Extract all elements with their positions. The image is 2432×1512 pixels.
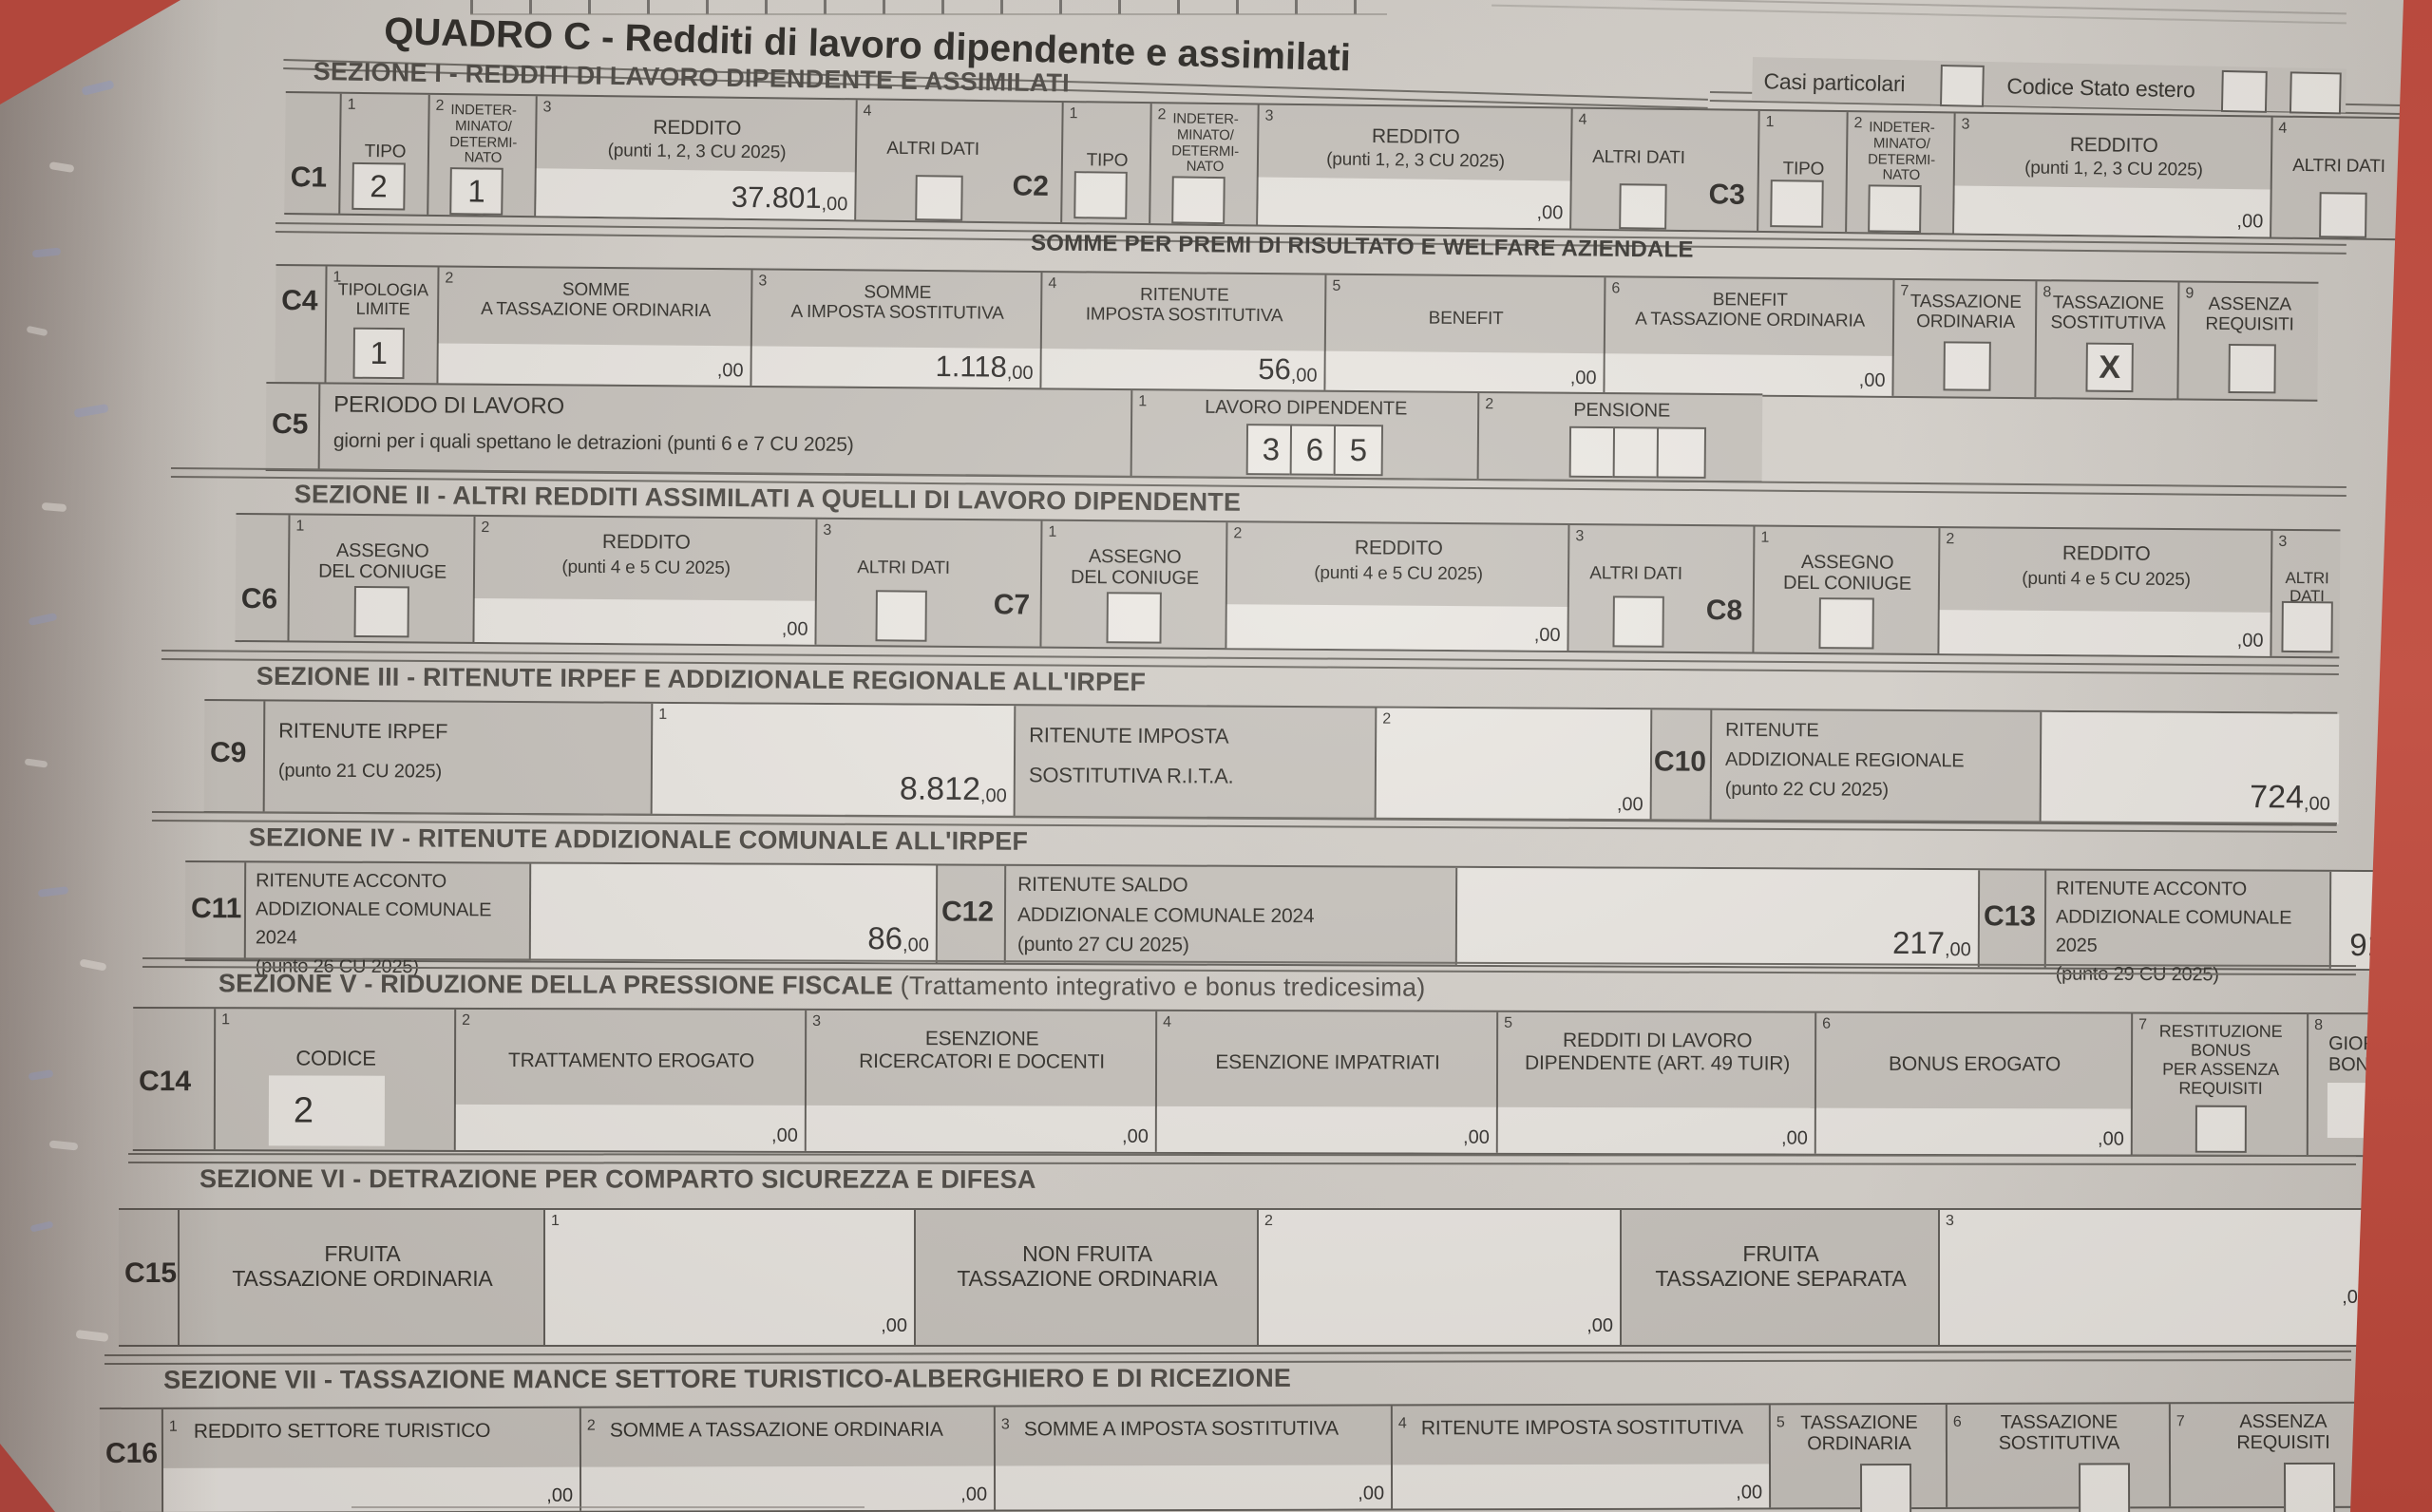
- altri-dati-label: ALTRI DATI: [1569, 563, 1702, 584]
- row-id-c10: C10: [1654, 746, 1706, 778]
- c3-tipo-cell: 1 TIPO: [1757, 111, 1849, 232]
- tassazione-ordinaria-checkbox: [1943, 341, 1990, 390]
- c6-reddito-cell: 2 REDDITO (punti 4 e 5 CU 2025) ,00: [472, 517, 817, 645]
- c2-indet-cell: 2 INDETER- MINATO/ DETERMI- NATO: [1149, 104, 1260, 224]
- giorni-digit: 6: [1292, 425, 1338, 473]
- c14-esenzione-ricercatori-cell: 3 ESENZIONE RICERCATORI E DOCENTI ,00: [805, 1011, 1157, 1152]
- c9-ritenute-irpef-label-cell: RITENUTE IRPEF (punto 21 CU 2025): [263, 701, 654, 814]
- tassazione-sostitutiva-label: TASSAZIONE SOSTITUTIVA: [1947, 1411, 2171, 1454]
- c4-somme-ordinaria-cell: 2 SOMME A TASSAZIONE ORDINARIA ,00: [436, 267, 752, 386]
- c4-tassazione-ordinaria-cell: 7 TASSAZIONE ORDINARIA: [1891, 280, 2037, 397]
- row-id-c4: C4: [281, 285, 318, 317]
- tipo-value-box: [1770, 180, 1824, 228]
- amount: ,00: [1586, 1303, 1613, 1337]
- reddito-label: REDDITO: [537, 115, 857, 142]
- value-area: ,00: [996, 1465, 1393, 1509]
- c3-reddito-cell: 3 REDDITO (punti 1, 2, 3 CU 2025) ,00: [1952, 113, 2273, 236]
- field-number: 1: [1048, 524, 1056, 541]
- field-number: 8: [2314, 1017, 2323, 1034]
- ritenute-irpef-amount: 8.812,00: [900, 770, 1007, 808]
- x-mark: X: [2087, 345, 2131, 390]
- value-area: ,00: [1816, 1108, 2133, 1155]
- c5-periodo-cell: PERIODO DI LAVORO giorni per i quali spe…: [318, 384, 1133, 476]
- amount: ,00: [717, 348, 744, 382]
- c11-label-cell: RITENUTE ACCONTO ADDIZIONALE COMUNALE 20…: [244, 862, 531, 960]
- sezione7-heading-block: SEZIONE VII - TASSAZIONE MANCE SETTORE T…: [104, 1351, 2351, 1354]
- row-id-c16: C16: [105, 1438, 158, 1470]
- amount: ,00: [1463, 1115, 1490, 1149]
- group-c1: C1 1 TIPO 2 2 INDETER- MINATO/ DETERMI- …: [284, 93, 1007, 221]
- tassazione-ordinaria-label: TASSAZIONE ORDINARIA: [1894, 292, 2037, 333]
- tipo-value: [1075, 173, 1126, 217]
- value-area: ,00: [474, 598, 816, 645]
- field-number: 1: [1069, 105, 1077, 123]
- field-number: 4: [2278, 121, 2287, 138]
- field-number: 4: [863, 103, 871, 120]
- field-number: 1: [551, 1213, 560, 1230]
- pensione-digit-box: [1613, 426, 1662, 478]
- c5-pensione-cell: 2 PENSIONE: [1477, 393, 1765, 481]
- c8-reddito-cell: 2 REDDITO (punti 4 e 5 CU 2025) ,00: [1937, 528, 2272, 656]
- reddito-amount: ,00: [1536, 190, 1563, 224]
- field-number: 3: [1961, 117, 1969, 134]
- rita-amount: ,00: [1617, 782, 1643, 816]
- field-number: 2: [1382, 711, 1391, 728]
- c4-benefit-cell: 5 BENEFIT ,00: [1323, 275, 1605, 394]
- c4-tipologia-cell: 1 TIPOLOGIA LIMITE 1: [324, 266, 439, 383]
- periodo-di-lavoro-label: PERIODO DI LAVORO: [333, 388, 564, 425]
- tipo-value: 2: [353, 164, 404, 209]
- tipo-label: TIPO: [341, 142, 429, 162]
- amount: ,00: [771, 1113, 798, 1147]
- row-id-c2: C2: [1012, 170, 1049, 202]
- field-number: 3: [1575, 528, 1584, 545]
- c9-rita-label-cell: RITENUTE IMPOSTA SOSTITUTIVA R.I.T.A.: [1014, 706, 1377, 818]
- reddito-sublabel: (punti 4 e 5 CU 2025): [1940, 568, 2272, 591]
- row-id-c14: C14: [139, 1066, 191, 1098]
- reddito-sublabel: (punti 4 e 5 CU 2025): [1227, 562, 1569, 585]
- row-id-c9: C9: [210, 737, 247, 769]
- pensione-digit-box: [1657, 426, 1706, 478]
- field-number: 1: [1760, 530, 1769, 547]
- c13-label-cell: RITENUTE ACCONTO ADDIZIONALE COMUNALE 20…: [2044, 871, 2331, 969]
- group-c7: C7 1 ASSEGNO DEL CONIUGE 2 REDDITO (punt…: [987, 520, 1700, 652]
- reddito-value-area: ,00: [1258, 178, 1572, 229]
- field-number: 1: [295, 518, 304, 535]
- benefit-tassazione-ordinaria-label: BENEFIT A TASSAZIONE ORDINARIA: [1605, 289, 1894, 331]
- reddito-sublabel: (punti 1, 2, 3 CU 2025): [1259, 149, 1572, 173]
- field-number: 4: [1398, 1415, 1407, 1432]
- c12-id-cell: C12: [936, 865, 1006, 962]
- value-area: ,00: [1325, 351, 1605, 394]
- trattamento-erogato-label: TRATTAMENTO EROGATO: [456, 1049, 807, 1072]
- altri-dati-checkbox: [2281, 601, 2332, 652]
- assegno-coniuge-checkbox: [1106, 592, 1161, 643]
- assenza-requisiti-label: ASSENZA REQUISITI: [2179, 293, 2320, 335]
- acconto-comunale-2024-amount: 86,00: [867, 920, 929, 956]
- rule: [128, 1153, 2356, 1165]
- c9-rita-value-cell: 2 ,00: [1375, 709, 1653, 821]
- rita-label-line2: SOSTITUTIVA R.I.T.A.: [1029, 759, 1234, 791]
- field-number: 4: [1163, 1014, 1171, 1031]
- casi-particolari-label: Casi particolari: [1763, 65, 1906, 100]
- reddito-label: REDDITO: [1955, 132, 2272, 159]
- esenzione-impatriati-label: ESENZIONE IMPATRIATI: [1157, 1051, 1498, 1074]
- codice-stato-estero-box: [2221, 70, 2268, 113]
- field-number: 4: [1578, 112, 1586, 129]
- row-c1-c2-c3: C1 1 TIPO 2 2 INDETER- MINATO/ DETERMI- …: [284, 91, 2403, 240]
- giorni-digit: 3: [1248, 425, 1294, 473]
- saldo-comunale-2024-label: RITENUTE SALDO ADDIZIONALE COMUNALE 2024…: [1017, 870, 1315, 961]
- addizionale-regionale-label: RITENUTE ADDIZIONALE REGIONALE (punto 22…: [1725, 716, 1965, 806]
- amount: 56,00: [1258, 352, 1318, 387]
- value-area: ,00: [1605, 353, 1893, 396]
- giorni-digit: 5: [1336, 426, 1381, 474]
- next-row-hint-line: [351, 1506, 864, 1508]
- c6-assegno-cell: 1 ASSEGNO DEL CONIUGE: [287, 515, 475, 642]
- c6-altri-dati-cell: 3 ALTRI DATI: [814, 520, 990, 646]
- amount: ,00: [1534, 613, 1561, 647]
- field-number: 3: [1264, 108, 1273, 125]
- row-c11-c12-c13: C11 RITENUTE ACCONTO ADDIZIONALE COMUNAL…: [185, 860, 2418, 971]
- codice-value-box: 2: [269, 1075, 385, 1145]
- row-c15: C15 FRUITA TASSAZIONE ORDINARIA 1 ,00 NO…: [119, 1208, 2375, 1347]
- field-number: 3: [1001, 1416, 1010, 1433]
- ritenute-irpef-label: RITENUTE IRPEF: [278, 714, 447, 747]
- c15-fruita-ordinaria-value-cell: 1 ,00: [543, 1210, 916, 1345]
- amount: ,00: [546, 1473, 573, 1507]
- row-c4: C4 1 TIPOLOGIA LIMITE 1 2 SOMME A TASSAZ…: [275, 264, 2318, 402]
- top-rule-left: [470, 13, 1387, 15]
- ritenute-irpef-sublabel: (punto 21 CU 2025): [278, 756, 442, 785]
- benefit-label: BENEFIT: [1326, 308, 1605, 331]
- assegno-coniuge-label: ASSEGNO DEL CONIUGE: [290, 539, 475, 583]
- sezione5-heading-caps: SEZIONE V - RIDUZIONE DELLA PRESSIONE FI…: [218, 969, 893, 999]
- value-area: ,00: [456, 1105, 807, 1151]
- row-c9-c10: C9 RITENUTE IRPEF (punto 21 CU 2025) 1 8…: [204, 699, 2338, 826]
- c16-somme-sostitutiva-cell: 3 SOMME A IMPOSTA SOSTITUTIVA ,00: [994, 1406, 1393, 1509]
- field-number: 2: [462, 1012, 470, 1030]
- altri-dati-checkbox: [915, 175, 963, 221]
- c16-reddito-turistico-cell: 1 REDDITO SETTORE TURISTICO ,00: [161, 1408, 581, 1512]
- indet-label: INDETER- MINATO/ DETERMI- NATO: [1151, 111, 1260, 177]
- c16-tassazione-sostitutiva-cell: 6 TASSAZIONE SOSTITUTIVA: [1946, 1404, 2171, 1507]
- ritenute-imposta-sostitutiva-label: RITENUTE IMPOSTA SOSTITUTIVA: [1421, 1412, 1743, 1443]
- amount: ,00: [2237, 618, 2264, 652]
- tipo-label: TIPO: [1759, 159, 1848, 180]
- altri-dati-label: ALTRI DATI: [1572, 147, 1705, 169]
- c5-lavoro-dipendente-cell: 1 LAVORO DIPENDENTE 3 6 5: [1130, 390, 1480, 479]
- row-c16: C16 1 REDDITO SETTORE TURISTICO ,00 2 SO…: [100, 1402, 2399, 1512]
- row-id-c1: C1: [290, 161, 327, 194]
- somme-tassazione-ordinaria-label: SOMME A TASSAZIONE ORDINARIA: [439, 279, 752, 322]
- rule: [104, 1351, 2351, 1365]
- somme-imposta-sostitutiva-label: SOMME A IMPOSTA SOSTITUTIVA: [752, 281, 1042, 324]
- c12-label-cell: RITENUTE SALDO ADDIZIONALE COMUNALE 2024…: [1004, 866, 1457, 965]
- indet-value: [1870, 186, 1920, 231]
- altri-dati-label: ALTRI DATI: [2272, 569, 2342, 606]
- c4-somme-sostitutiva-cell: 3 SOMME A IMPOSTA SOSTITUTIVA 1.118,00: [750, 270, 1042, 388]
- group-c2: C2 1 TIPO 2 INDETER- MINATO/ DETERMI- NA…: [1006, 102, 1703, 230]
- somme-tassazione-ordinaria-label: SOMME A TASSAZIONE ORDINARIA: [610, 1415, 943, 1446]
- c3-altri-dati-cell: 4 ALTRI DATI: [2270, 118, 2406, 239]
- tassazione-sostitutiva-checkbox: [2079, 1463, 2130, 1512]
- value-area: ,00: [163, 1467, 581, 1512]
- field-number: 6: [1822, 1016, 1831, 1033]
- premi-heading: SOMME PER PREMI DI RISULTATO E WELFARE A…: [1031, 230, 1694, 263]
- value-area: ,00: [1157, 1106, 1498, 1153]
- giorni-digit-box: 3: [1246, 424, 1296, 475]
- amount: ,00: [782, 607, 808, 641]
- row-id-c5: C5: [272, 408, 309, 441]
- reddito-label: REDDITO: [1227, 536, 1569, 560]
- c1-altri-dati-cell: 4 ALTRI DATI: [854, 100, 1010, 221]
- tassazione-sostitutiva-checkbox: X: [2085, 343, 2133, 392]
- row-id-c12: C12: [941, 896, 994, 928]
- c14-bonus-erogato-cell: 6 BONUS EROGATO ,00: [1814, 1013, 2133, 1155]
- field-number: 2: [587, 1418, 596, 1435]
- giorni-digit-box: 6: [1290, 424, 1339, 475]
- c14-codice-cell: 1 CODICE 2: [214, 1009, 456, 1150]
- c7-reddito-cell: 2 REDDITO (punti 4 e 5 CU 2025) ,00: [1225, 522, 1569, 651]
- fruita-tassazione-ordinaria-label: FRUITA TASSAZIONE ORDINARIA: [180, 1242, 545, 1292]
- giorni-detrazioni-label: giorni per i quali spettano le detrazion…: [333, 426, 854, 461]
- codice-label: CODICE: [216, 1047, 456, 1070]
- reddito-label: REDDITO: [1940, 541, 2272, 566]
- form-content: QUADRO C - Redditi di lavoro dipendente …: [0, 0, 2432, 1512]
- pensione-digit-box: [1569, 426, 1619, 478]
- top-tick-marks: [470, 0, 1387, 14]
- c4-assenza-requisiti-cell: 9 ASSENZA REQUISITI: [2176, 282, 2320, 399]
- amount: ,00: [881, 1303, 907, 1337]
- codice-stato-estero-label: Codice Stato estero: [2006, 69, 2195, 105]
- redditi-art49-label: REDDITI DI LAVORO DIPENDENTE (ART. 49 TU…: [1498, 1030, 1816, 1075]
- amount: ,00: [2098, 1116, 2124, 1150]
- restituzione-bonus-label: RESTITUZIONE BONUS PER ASSENZA REQUISITI: [2133, 1022, 2308, 1099]
- tassazione-ordinaria-label: TASSAZIONE ORDINARIA: [1771, 1412, 1947, 1455]
- field-number: 5: [1332, 278, 1340, 295]
- c8-altri-dati-cell: 3 ALTRI DATI: [2270, 531, 2342, 657]
- indet-value-box: [1868, 184, 1922, 233]
- c15-fruita-ordinaria-label-cell: FRUITA TASSAZIONE ORDINARIA: [178, 1210, 545, 1345]
- altri-dati-checkbox: [2319, 192, 2367, 238]
- field-number: 1: [169, 1419, 178, 1436]
- amount: ,00: [1781, 1116, 1808, 1150]
- amount: 1.118,00: [935, 350, 1033, 385]
- c4-benefit-ordinaria-cell: 6 BENEFIT A TASSAZIONE ORDINARIA ,00: [1603, 277, 1894, 396]
- lavoro-dipendente-label: LAVORO DIPENDENTE: [1132, 396, 1479, 420]
- c4-tassazione-sostitutiva-cell: 8 TASSAZIONE SOSTITUTIVA X: [2034, 281, 2179, 398]
- field-number: 3: [542, 99, 551, 116]
- esenzione-ricercatori-label: ESENZIONE RICERCATORI E DOCENTI: [807, 1028, 1157, 1073]
- reddito-value-area: 37.801,00: [536, 168, 857, 219]
- tipologia-value: 1: [355, 330, 403, 377]
- group-c8: C8 1 ASSEGNO DEL CONIUGE 2 REDDITO (punt…: [1700, 526, 2340, 656]
- c10-value-cell: 724,00: [2040, 712, 2340, 824]
- field-number: 1: [348, 97, 356, 114]
- photo-of-tax-form: QUADRO C - Redditi di lavoro dipendente …: [0, 0, 2432, 1512]
- c14-redditi-lavoro-cell: 5 REDDITI DI LAVORO DIPENDENTE (ART. 49 …: [1496, 1012, 1816, 1154]
- amount: ,00: [1570, 355, 1597, 389]
- row-id-c11: C11: [191, 893, 242, 925]
- amount: ,00: [960, 1472, 987, 1506]
- c9-ritenute-irpef-value-cell: 1 8.812,00: [651, 704, 1016, 816]
- c3-indet-cell: 2 INDETER- MINATO/ DETERMI- NATO: [1845, 112, 1956, 233]
- c1-tipo-cell: 1 TIPO 2: [338, 94, 430, 215]
- field-number: 2: [1264, 1213, 1273, 1230]
- amount: ,00: [1736, 1469, 1762, 1503]
- reddito-amount: 37.801,00: [731, 180, 848, 216]
- field-number: 3: [2278, 534, 2287, 551]
- row-id-c6: C6: [241, 583, 278, 615]
- row-id-c3: C3: [1708, 179, 1745, 211]
- c10-label-cell: RITENUTE ADDIZIONALE REGIONALE (punto 22…: [1710, 710, 2042, 822]
- tipologia-value-box: 1: [352, 328, 404, 379]
- altri-dati-checkbox: [1612, 595, 1663, 647]
- value-area: ,00: [1226, 604, 1568, 651]
- non-fruita-tassazione-ordinaria-label: NON FRUITA TASSAZIONE ORDINARIA: [916, 1242, 1259, 1292]
- c1-reddito-cell: 3 REDDITO (punti 1, 2, 3 CU 2025) 37.801…: [534, 96, 858, 219]
- sezione6-heading: SEZIONE VI - DETRAZIONE PER COMPARTO SIC…: [199, 1164, 1036, 1195]
- reddito-settore-turistico-label: REDDITO SETTORE TURISTICO: [194, 1416, 490, 1446]
- reddito-label: REDDITO: [1259, 124, 1572, 151]
- c2-reddito-cell: 3 REDDITO (punti 1, 2, 3 CU 2025) ,00: [1256, 105, 1573, 229]
- group-c3: C3 1 TIPO 2 INDETER- MINATO/ DETERMI- NA…: [1702, 110, 2403, 238]
- c16-somme-ordinaria-cell: 2 SOMME A TASSAZIONE ORDINARIA ,00: [579, 1408, 996, 1511]
- sezione5-heading-sub: (Trattamento integrativo e bonus tredice…: [901, 972, 1426, 1002]
- c14-trattamento-cell: 2 TRATTAMENTO EROGATO ,00: [454, 1010, 807, 1151]
- tipo-label: TIPO: [1063, 150, 1151, 171]
- amount: ,00: [1122, 1114, 1149, 1148]
- row-c14: C14 1 CODICE 2 2 TRATTAMENTO EROGATO ,00…: [133, 1007, 2413, 1157]
- reddito-amount: ,00: [2236, 198, 2263, 233]
- field-number: 3: [1946, 1213, 1954, 1230]
- c1-indet-cell: 2 INDETER- MINATO/ DETERMI- NATO 1: [427, 95, 538, 216]
- altri-dati-checkbox: [875, 590, 926, 641]
- c7-altri-dati-cell: 3 ALTRI DATI: [1567, 525, 1702, 652]
- sezione7-heading: SEZIONE VII - TASSAZIONE MANCE SETTORE T…: [163, 1364, 1291, 1395]
- bonus-erogato-label: BONUS EROGATO: [1816, 1053, 2133, 1076]
- assegno-coniuge-label: ASSEGNO DEL CONIUGE: [1755, 552, 1940, 595]
- top-rule-right2: [1491, 5, 2346, 25]
- group-c6: C6 1 ASSEGNO DEL CONIUGE 2 REDDITO (punt…: [235, 515, 988, 646]
- ritenute-imposta-sostitutiva-label: RITENUTE IMPOSTA SOSTITUTIVA: [1042, 284, 1326, 327]
- indet-value: 1: [451, 169, 502, 214]
- c16-ritenute-sostitutiva-cell: 4 RITENUTE IMPOSTA SOSTITUTIVA ,00: [1391, 1405, 1771, 1508]
- indet-label: INDETER- MINATO/ DETERMI- NATO: [1848, 120, 1956, 185]
- somme-imposta-sostitutiva-label: SOMME A IMPOSTA SOSTITUTIVA: [1024, 1414, 1339, 1445]
- row-id-c7: C7: [994, 589, 1031, 621]
- value-area: 56,00: [1041, 349, 1325, 391]
- assenza-requisiti-checkbox: [2284, 1463, 2335, 1512]
- row-c6-c7-c8: C6 1 ASSEGNO DEL CONIUGE 2 REDDITO (punt…: [235, 513, 2340, 658]
- row-c5: C5 PERIODO DI LAVORO giorni per i quali …: [266, 382, 1763, 482]
- tassazione-sostitutiva-label: TASSAZIONE SOSTITUTIVA: [2037, 293, 2179, 334]
- tipo-value-box: [1073, 171, 1128, 219]
- assenza-requisiti-checkbox: [2228, 344, 2275, 393]
- fruita-tassazione-separata-label: FRUITA TASSAZIONE SEPARATA: [1622, 1242, 1940, 1292]
- value-area: ,00: [807, 1106, 1157, 1152]
- field-number: 1: [658, 707, 667, 724]
- assegno-coniuge-checkbox: [1818, 597, 1873, 649]
- c11-value-cell: 86,00: [529, 864, 938, 963]
- saldo-comunale-2024-amount: 217,00: [1892, 925, 1971, 961]
- pensione-label: PENSIONE: [1479, 399, 1764, 423]
- value-area: ,00: [581, 1466, 996, 1511]
- codice-value: 2: [269, 1075, 385, 1145]
- tassazione-ordinaria-checkbox: [1860, 1464, 1911, 1512]
- c15-non-fruita-value-cell: 2 ,00: [1257, 1210, 1622, 1345]
- amount: ,00: [1859, 358, 1886, 392]
- c15-non-fruita-label-cell: NON FRUITA TASSAZIONE ORDINARIA: [914, 1210, 1259, 1345]
- c2-altri-dati-cell: 4 ALTRI DATI: [1569, 109, 1706, 231]
- c10-id-cell: C10: [1650, 709, 1713, 820]
- c2-tipo-cell: 1 TIPO: [1060, 103, 1152, 223]
- field-number: 1: [1765, 114, 1774, 131]
- c14-restituzione-bonus-cell: 7 RESTITUZIONE BONUS PER ASSENZA REQUISI…: [2131, 1014, 2308, 1155]
- c15-fruita-separata-value-cell: 3 ,00: [1938, 1210, 2377, 1345]
- reddito-label: REDDITO: [475, 530, 817, 555]
- value-area: ,00: [1939, 610, 2271, 656]
- restituzione-bonus-checkbox: [2195, 1106, 2247, 1153]
- reddito-sublabel: (punti 4 e 5 CU 2025): [475, 557, 817, 579]
- indet-value-box: 1: [449, 167, 503, 216]
- value-area: ,00: [438, 344, 751, 387]
- row-id-c15: C15: [124, 1257, 177, 1290]
- value-area: ,00: [1498, 1107, 1816, 1154]
- giorni-digit-box: 5: [1334, 425, 1383, 476]
- casi-particolari-box: [1940, 65, 1985, 107]
- rita-label-line1: RITENUTE IMPOSTA: [1029, 719, 1228, 751]
- c8-assegno-cell: 1 ASSEGNO DEL CONIUGE: [1752, 527, 1940, 654]
- tipo-value: [1772, 181, 1822, 226]
- indet-label: INDETER- MINATO/ DETERMI- NATO: [429, 103, 538, 168]
- sezione4-heading: SEZIONE IV - RITENUTE ADDIZIONALE COMUNA…: [249, 823, 1028, 857]
- assegno-coniuge-checkbox: [354, 586, 409, 637]
- indet-value: [1173, 178, 1224, 222]
- altri-dati-label: ALTRI DATI: [2272, 156, 2405, 178]
- spare-box: [2289, 71, 2342, 114]
- addizionale-regionale-amount: 724,00: [2250, 779, 2330, 817]
- reddito-sublabel: (punti 1, 2, 3 CU 2025): [1955, 157, 2272, 180]
- c12-value-cell: 217,00: [1455, 868, 1980, 967]
- altri-dati-label: ALTRI DATI: [817, 558, 990, 579]
- row-id-c13: C13: [1984, 900, 2036, 933]
- sezione3-heading: SEZIONE III - RITENUTE IRPEF E ADDIZIONA…: [256, 662, 1147, 698]
- sezione5-heading: SEZIONE V - RIDUZIONE DELLA PRESSIONE FI…: [218, 969, 1426, 1002]
- amount: ,00: [1358, 1470, 1384, 1504]
- indet-value-box: [1171, 176, 1225, 224]
- field-number: 1: [221, 1011, 230, 1029]
- c13-id-cell: C13: [1978, 870, 2046, 967]
- reddito-value-area: ,00: [1954, 185, 2272, 236]
- c4-ritenute-cell: 4 RITENUTE IMPOSTA SOSTITUTIVA 56,00: [1039, 273, 1326, 391]
- altri-dati-checkbox: [1619, 183, 1667, 230]
- c7-assegno-cell: 1 ASSEGNO DEL CONIUGE: [1039, 521, 1227, 649]
- field-number: 3: [823, 522, 831, 539]
- tipo-value-box: 2: [351, 162, 406, 211]
- altri-dati-label: ALTRI DATI: [857, 138, 1009, 160]
- row-id-c8: C8: [1706, 595, 1743, 627]
- assegno-coniuge-label: ASSEGNO DEL CONIUGE: [1042, 546, 1227, 590]
- c15-fruita-separata-label-cell: FRUITA TASSAZIONE SEPARATA: [1620, 1210, 1940, 1345]
- c14-esenzione-impatriati-cell: 4 ESENZIONE IMPATRIATI ,00: [1155, 1011, 1498, 1153]
- value-area: ,00: [1393, 1464, 1771, 1508]
- reddito-sublabel: (punti 1, 2, 3 CU 2025): [537, 140, 857, 163]
- value-area: 1.118,00: [751, 346, 1041, 388]
- tipologia-limite-label: TIPOLOGIA LIMITE: [327, 279, 439, 318]
- c16-tassazione-ordinaria-cell: 5 TASSAZIONE ORDINARIA: [1769, 1405, 1947, 1507]
